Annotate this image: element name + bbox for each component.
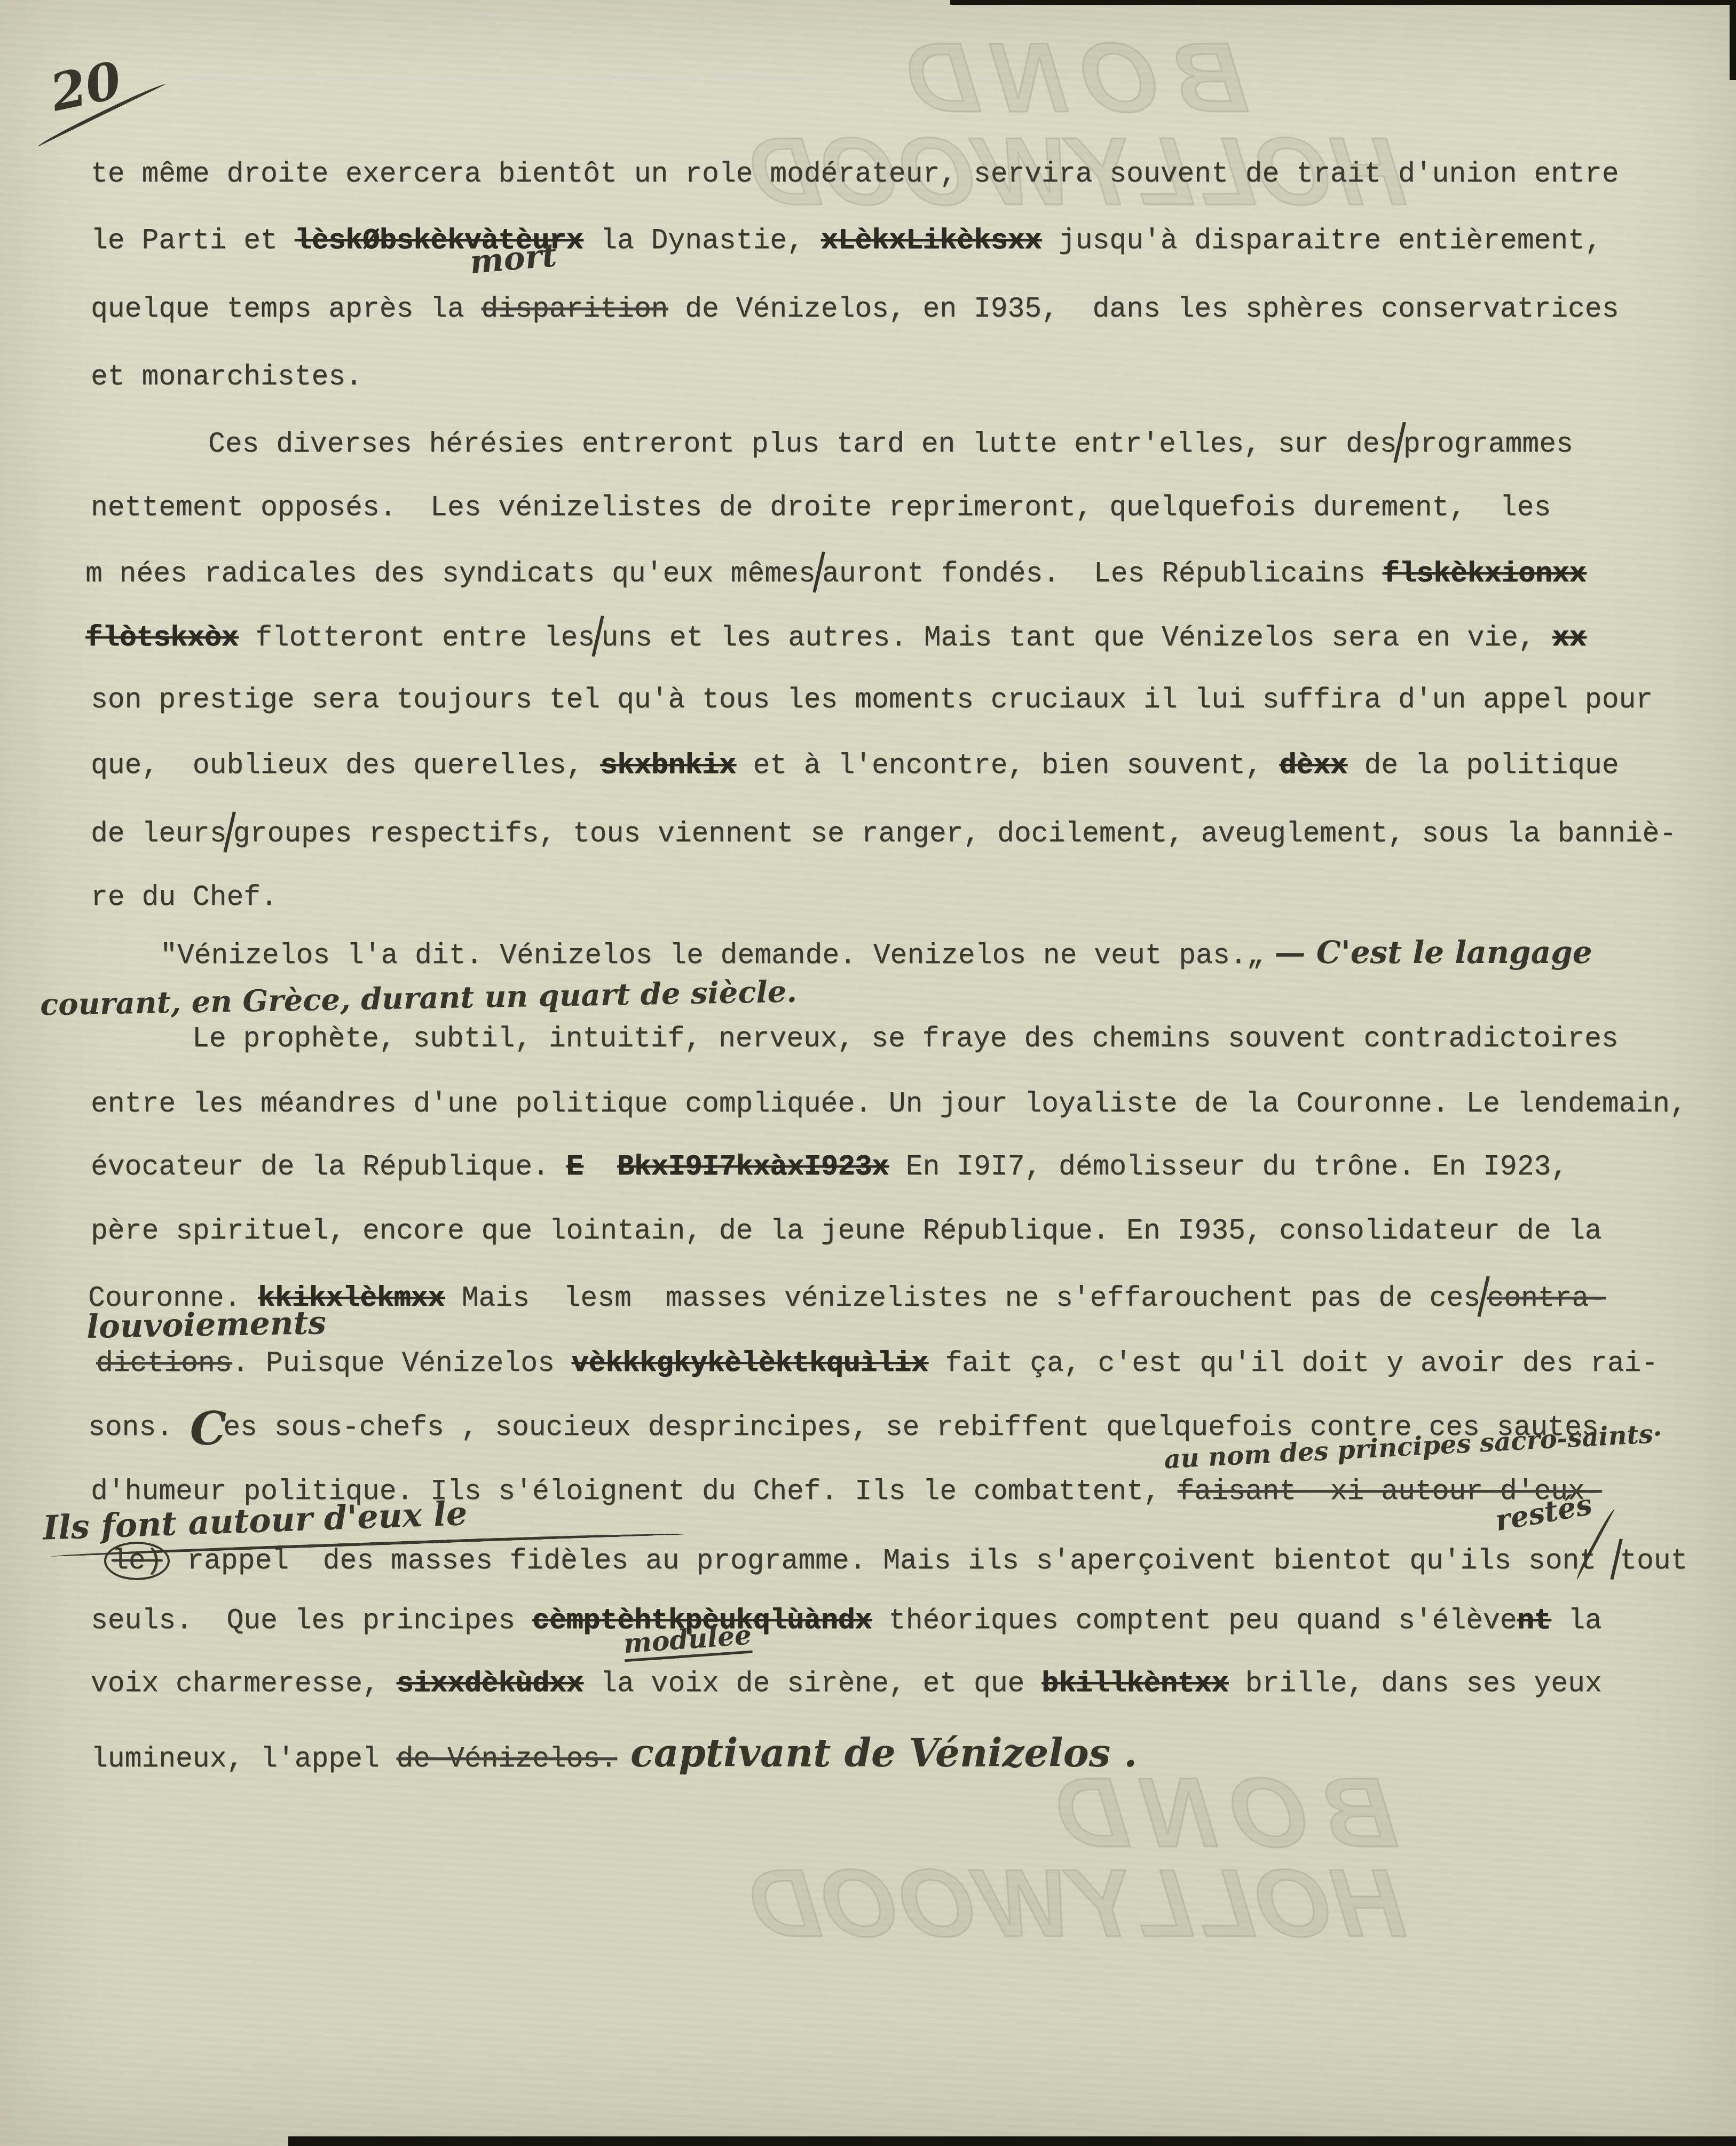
- typed-text: m nées radicales des syndicats qu'eux mê…: [85, 558, 816, 590]
- typescript-line-12: re du Chef.: [91, 883, 278, 912]
- typed-text: de leurs: [91, 818, 226, 850]
- overstruck-text: xLèkxLikèksxx: [821, 225, 1041, 257]
- typed-text: flotteront entre les: [238, 622, 595, 654]
- typescript-line-14: Le prophète, subtil, intuitif, nerveux, …: [192, 1025, 1619, 1053]
- circled-deleted-text: le): [104, 1542, 170, 1580]
- typed-text: [583, 1151, 617, 1183]
- typescript-line-19: dictions. Puisque Vénizelos vèkkkgkykèlè…: [96, 1350, 1658, 1378]
- typescript-line-9: son prestige sera toujours tel qu'à tous…: [91, 686, 1653, 714]
- typed-text: auront fondés. Les Républicains: [822, 558, 1383, 590]
- overstruck-text: xx: [1552, 622, 1587, 654]
- handwritten-capital: C: [190, 1402, 223, 1456]
- typed-text: "Vénizelos l'a dit. Vénizelos le demande…: [160, 940, 1264, 972]
- typed-text: groupes respectifs, tous viennent se ran…: [233, 818, 1676, 850]
- typed-text: tout: [1620, 1545, 1687, 1577]
- typed-text: re du Chef.: [91, 881, 278, 913]
- typed-text: uns et les autres. Mais tant que Vénizel…: [602, 622, 1552, 654]
- typed-text: et à l'encontre, bien souvent,: [736, 749, 1280, 782]
- typed-text: Ces diverses hérésies entreront plus tar…: [208, 428, 1396, 460]
- typescript-line-11: de leurs/groupes respectifs, tous vienne…: [91, 817, 1676, 848]
- typed-text: et monarchistes.: [91, 361, 362, 393]
- overstruck-text: sixxdèkùdxx: [397, 1668, 583, 1700]
- typescript-line-16: évocateur de la République. E BkxI9I7kxà…: [91, 1153, 1568, 1181]
- handwritten-slash: /: [591, 610, 604, 661]
- typescript-line-17: père spirituel, encore que lointain, de …: [91, 1217, 1602, 1245]
- typescript-line-8: flòtskxòx flotteront entre les/uns et le…: [85, 621, 1586, 652]
- typescript-line-13: "Vénizelos l'a dit. Vénizelos le demande…: [160, 937, 1592, 970]
- typed-text: brille, dans ses yeux: [1228, 1668, 1602, 1700]
- hand-louvoiements: louvoiements: [86, 1307, 327, 1343]
- typed-text: de Vénizelos, en I935, dans les sphères …: [668, 293, 1619, 325]
- handwritten-text-large: captivant de Vénizelos .: [617, 1730, 1137, 1776]
- scan-edge-right: [1730, 0, 1736, 80]
- typed-text: programmes: [1403, 428, 1573, 460]
- watermark-hollywood-3: HOLLYWOOD: [741, 1848, 1410, 1959]
- manuscript-page: BONDHOLLYWOODBONDHOLLYWOOD te même droit…: [0, 0, 1736, 2146]
- typed-text: son prestige sera toujours tel qu'à tous…: [91, 684, 1653, 716]
- typescript-line-22: le) rappel des masses fidèles au program…: [104, 1544, 1687, 1575]
- typescript-line-5: Ces diverses hérésies entreront plus tar…: [208, 427, 1573, 459]
- typed-text: évocateur de la République.: [91, 1151, 566, 1183]
- typed-text: En I9I7, démolisseur du trône. En I923,: [889, 1151, 1568, 1183]
- typed-text: te même droite exercera bientôt un role …: [91, 158, 1619, 190]
- typescript-line-3: quelque temps après la disparition de Vé…: [91, 295, 1619, 324]
- typed-text: rappel des masses fidèles au programme. …: [170, 1545, 1613, 1577]
- typescript-line-4: et monarchistes.: [91, 363, 362, 391]
- overstruck-text: nt: [1517, 1605, 1551, 1637]
- typed-text: de la politique: [1347, 749, 1619, 782]
- typescript-line-10: que, oublieux des querelles, skxbnkix et…: [91, 752, 1619, 780]
- hand-courant: courant, en Grèce, durant un quart de si…: [40, 977, 798, 1020]
- typescript-line-24: voix charmeresse, sixxdèkùdxx la voix de…: [91, 1670, 1602, 1698]
- typed-text: jusqu'à disparaitre entièrement,: [1041, 225, 1602, 257]
- typed-text: . Puisque Vénizelos: [232, 1347, 571, 1379]
- typed-text: le Parti et: [91, 225, 295, 257]
- handwritten-text: — C'est le langage: [1264, 934, 1592, 971]
- typed-text: la: [1551, 1605, 1601, 1637]
- typed-text: père spirituel, encore que lointain, de …: [91, 1215, 1602, 1247]
- typed-text: la Dynastie,: [583, 225, 820, 257]
- overstruck-text: bkillkèntxx: [1041, 1668, 1228, 1700]
- typed-text: sons.: [88, 1411, 190, 1443]
- typed-text: Le prophète, subtil, intuitif, nerveux, …: [192, 1023, 1619, 1055]
- hand-modulee: modulée: [622, 1622, 753, 1662]
- typed-text: fait ça, c'est qu'il doit y avoir des ra…: [928, 1347, 1658, 1379]
- typescript-line-6: nettement opposés. Les vénizelistes de d…: [91, 494, 1551, 522]
- typescript-line-25: lumineux, l'appel de Vénizelos. captivan…: [91, 1734, 1137, 1773]
- typescript-line-15: entre les méandres d'une politique compl…: [91, 1090, 1687, 1118]
- scan-edge-bottom: [288, 2136, 1736, 2146]
- typescript-line-7: m nées radicales des syndicats qu'eux mê…: [85, 557, 1586, 588]
- handwritten-slash: /: [1477, 1270, 1490, 1322]
- overstruck-text: flòtskxòx: [85, 622, 238, 654]
- typed-text: que, oublieux des querelles,: [91, 749, 600, 782]
- struckthrough-text: dictions: [96, 1347, 232, 1379]
- handwritten-slash: /: [1610, 1533, 1623, 1584]
- struckthrough-text: disparition: [482, 293, 668, 325]
- struckthrough-text: de Vénizelos.: [397, 1743, 617, 1775]
- overstruck-text: BkxI9I7kxàxI923x: [617, 1151, 889, 1183]
- typed-text: lumineux, l'appel: [91, 1743, 397, 1775]
- typescript-line-1: te même droite exercera bientôt un role …: [91, 160, 1619, 188]
- typed-text: entre les méandres d'une politique compl…: [91, 1088, 1687, 1120]
- overstruck-text: dèxx: [1279, 749, 1347, 782]
- overstruck-text: flskèkxionxx: [1383, 558, 1587, 590]
- typed-text: la voix: [583, 1668, 736, 1700]
- overstruck-text: skxbnkix: [600, 749, 736, 782]
- typed-text: nettement opposés. Les vénizelistes de d…: [91, 492, 1551, 524]
- scan-edge-top: [950, 0, 1736, 5]
- hand-mort: mort: [469, 239, 558, 279]
- typescript-line-2: le Parti et lèskØbskèkvàtèurx la Dynasti…: [91, 227, 1602, 255]
- typed-text: Mais lesm masses vénizelistes ne s'effar…: [445, 1282, 1480, 1314]
- typed-text: de sirène, et que: [736, 1668, 1042, 1700]
- typed-text: théoriques comptent peu quand s'élève: [872, 1605, 1517, 1637]
- handwritten-slash: /: [812, 546, 825, 597]
- typed-text: voix charmeresse,: [91, 1668, 397, 1700]
- typescript-line-23: seuls. Que les principes cèmptèhtkpèukql…: [91, 1607, 1602, 1635]
- overstruck-text: E: [566, 1151, 583, 1183]
- struckthrough-text: contra-: [1487, 1282, 1606, 1314]
- overstruck-text: vèkkkgkykèlèktkquìlix: [572, 1347, 928, 1379]
- typed-text: seuls. Que les principes: [91, 1605, 532, 1637]
- typed-text: quelque temps après la: [91, 293, 482, 325]
